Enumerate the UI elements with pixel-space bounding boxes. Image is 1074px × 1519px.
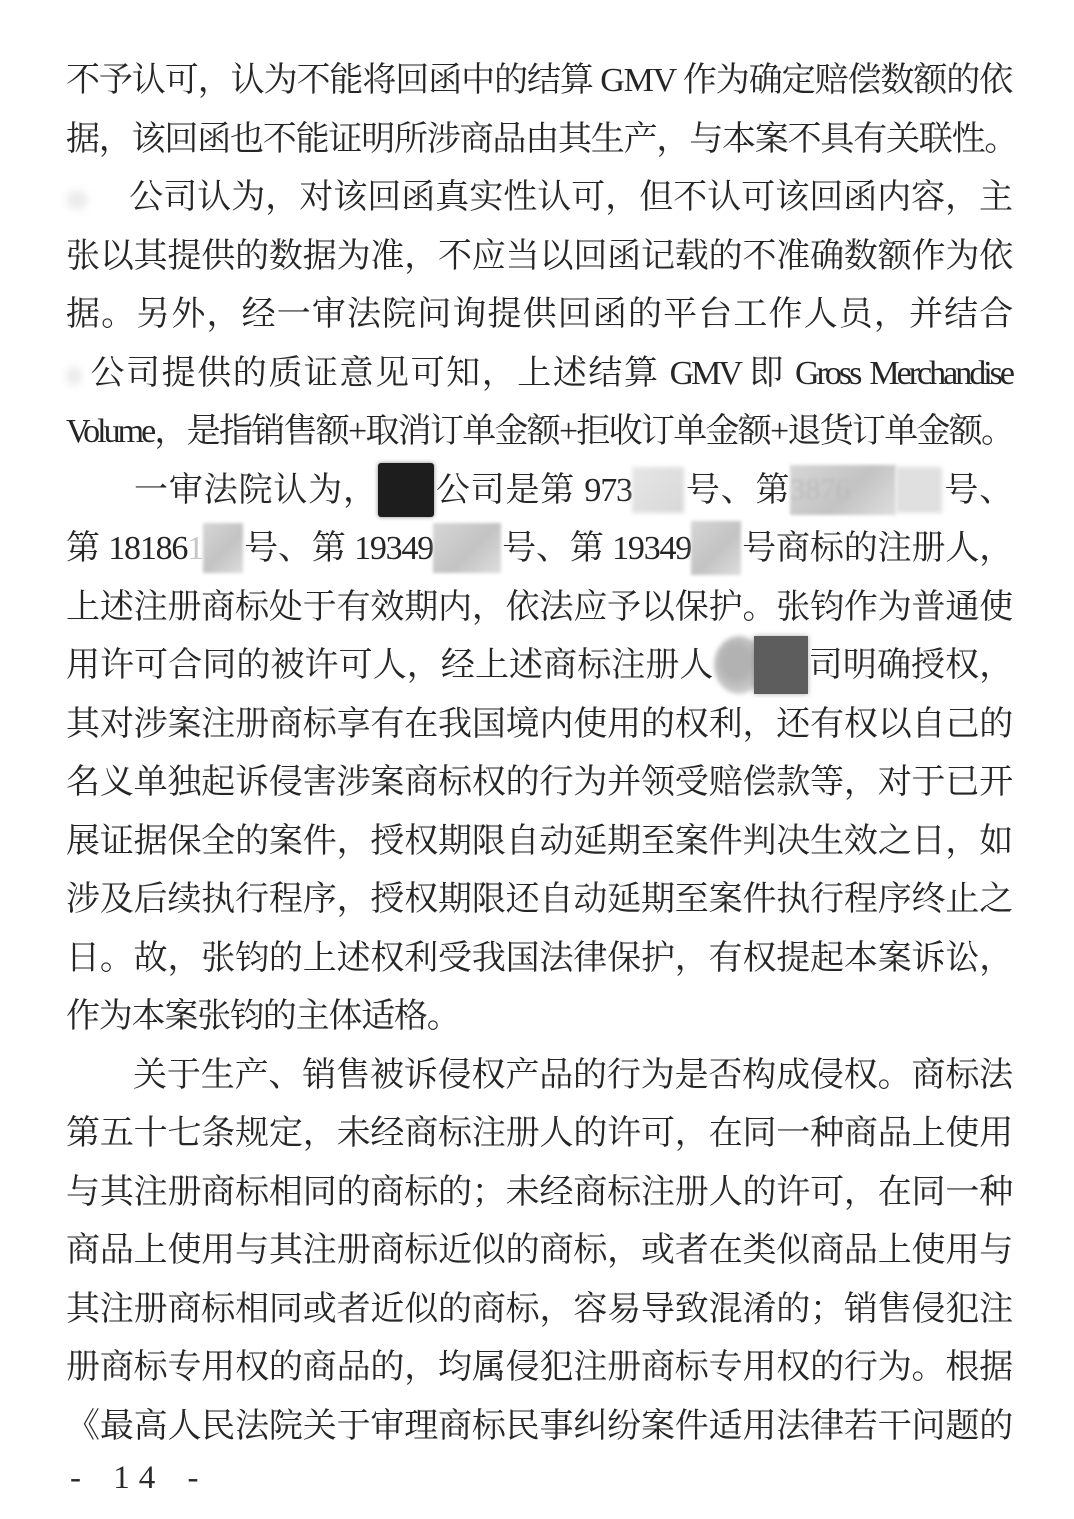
- document-line: 其注册商标相同或者近似的商标，容易导致混淆的；销售侵犯注: [66, 1281, 1012, 1340]
- document-line: 据。另外，经一审法院问询提供回函的平台工作人员，并结合: [66, 286, 1012, 345]
- text-run: 《最高人民法院关于审理商标民事纠纷案件适用法律若干问题的: [66, 1408, 1012, 1445]
- text-run: 册商标专用权的商品的，均属侵犯注册商标专用权的行为。根据: [66, 1349, 1012, 1386]
- indent-space: [88, 198, 128, 208]
- text-run: 号、: [942, 472, 1012, 509]
- redaction-light-box: [433, 523, 501, 573]
- document-line: 展证据保全的案件，授权期限自动延期至案件判决生效之日，如: [66, 813, 1012, 872]
- text-run: 其注册商标相同或者近似的商标，容易导致混淆的；销售侵犯注: [66, 1291, 1012, 1328]
- scanned-court-document-page: 不予认可，认为不能将回函中的结算 GMV 作为确定赔偿数额的依据，该回函也不能证…: [0, 0, 1074, 1519]
- document-line: Volume，是指销售额+取消订单金额+拒收订单金额+退货订单金额。: [66, 403, 1012, 462]
- text-run: 关于生产、销售被诉侵权产品的行为是否构成侵权。商标法: [132, 1057, 1012, 1094]
- document-line: 涉及后续执行程序，授权期限还自动延期至案件执行程序终止之: [66, 871, 1012, 930]
- document-line: 一审法院认为，公司是第 973号、第3876号、: [66, 462, 1012, 521]
- text-run: 第五十七条规定，未经商标注册人的许可，在同一种商品上使用: [66, 1115, 1012, 1152]
- document-line: 关于生产、销售被诉侵权产品的行为是否构成侵权。商标法: [66, 1047, 1012, 1106]
- text-run: 商品上使用与其注册商标近似的商标，或者在类似商品上使用与: [66, 1232, 1012, 1269]
- text-run: 用许可合同的被许可人，经上述商标注册人: [66, 647, 714, 684]
- text-run: Volume，是指销售额+取消订单金额+拒收订单金额+退货订单金额。: [66, 413, 1012, 450]
- text-run: 据。另外，经一审法院问询提供回函的平台工作人员，并结合: [66, 296, 1012, 333]
- document-line: 张以其提供的数据为准，不应当以回函记载的不准确数额作为依: [66, 228, 1012, 287]
- text-run: 号、第 19349: [243, 530, 433, 567]
- text-run: 涉及后续执行程序，授权期限还自动延期至案件执行程序终止之: [66, 881, 1012, 918]
- text-run: 一审法院认为，: [132, 472, 378, 509]
- document-line: 公司认为，对该回函真实性认可，但不认可该回函内容，主: [66, 169, 1012, 228]
- redaction-light-box: 3876: [790, 465, 896, 515]
- document-line: 公司提供的质证意见可知，上述结算 GMV 即 Gross Merchandise: [66, 345, 1012, 404]
- text-run: 名义单独起诉侵害涉案商标权的行为并领受赔偿款等，对于已开: [66, 764, 1012, 801]
- text-run: 与其注册商标相同的商标的；未经商标注册人的许可，在同一种: [66, 1174, 1012, 1211]
- document-line: 与其注册商标相同的商标的；未经商标注册人的许可，在同一种: [66, 1164, 1012, 1223]
- text-run: 公司是第 973: [434, 472, 632, 509]
- text-run: 张以其提供的数据为准，不应当以回函记载的不准确数额作为依: [66, 238, 1012, 275]
- document-line: 《最高人民法院关于审理商标民事纠纷案件适用法律若干问题的: [66, 1398, 1012, 1457]
- text-run: 上述注册商标处于有效期内，依法应予以保护。张钧作为普通使: [66, 589, 1012, 626]
- redaction-light2-box: [896, 467, 942, 513]
- redaction-light-box: [691, 521, 741, 575]
- document-line: 册商标专用权的商品的，均属侵犯注册商标专用权的行为。根据: [66, 1339, 1012, 1398]
- redaction-light-box: [203, 523, 243, 573]
- text-run: 号、第: [684, 472, 791, 509]
- ghost-text: 1: [187, 530, 203, 567]
- text-run: 号商标的注册人，: [741, 530, 1012, 567]
- document-line: 作为本案张钧的主体适格。: [66, 988, 1012, 1047]
- document-line: 用许可合同的被许可人，经上述商标注册人司明确授权，: [66, 637, 1012, 696]
- redaction-fade-box: [632, 467, 684, 513]
- text-run: 公司提供的质证意见可知，上述结算 GMV 即 Gross Merchandise: [86, 355, 1012, 392]
- page-number: - 14 -: [70, 1460, 207, 1497]
- document-line: 上述注册商标处于有效期内，依法应予以保护。张钧作为普通使: [66, 579, 1012, 638]
- text-run: 其对涉案注册商标享有在我国境内使用的权利，还有权以自己的: [66, 706, 1012, 743]
- text-run: 日。故，张钧的上述权利受我国法律保护，有权提起本案诉讼，: [66, 940, 1012, 977]
- document-line: 日。故，张钧的上述权利受我国法律保护，有权提起本案诉讼，: [66, 930, 1012, 989]
- document-line: 其对涉案注册商标享有在我国境内使用的权利，还有权以自己的: [66, 696, 1012, 755]
- indent-space: [66, 1076, 132, 1086]
- text-run: 据，该回函也不能证明所涉商品由其生产，与本案不具有关联性。: [66, 121, 1017, 158]
- text-run: 作为本案张钧的主体适格。: [66, 998, 460, 1035]
- erased-smudge: [66, 190, 88, 210]
- document-line: 第 181861号、第 19349号、第 19349号商标的注册人，: [66, 520, 1012, 579]
- document-line: 商品上使用与其注册商标近似的商标，或者在类似商品上使用与: [66, 1222, 1012, 1281]
- document-lines: 不予认可，认为不能将回函中的结算 GMV 作为确定赔偿数额的依据，该回函也不能证…: [66, 52, 1012, 1456]
- text-run: 公司认为，对该回函真实性认可，但不认可该回函内容，主: [128, 179, 1012, 216]
- erased-smudge: [66, 366, 82, 386]
- document-line: 名义单独起诉侵害涉案商标权的行为并领受赔偿款等，对于已开: [66, 754, 1012, 813]
- text-run: 第 18186: [66, 530, 187, 567]
- document-line: 不予认可，认为不能将回函中的结算 GMV 作为确定赔偿数额的依: [66, 52, 1012, 111]
- text-run: 不予认可，认为不能将回函中的结算 GMV 作为确定赔偿数额的依: [66, 62, 1012, 99]
- redaction-dark-box: [754, 636, 808, 694]
- document-line: 据，该回函也不能证明所涉商品由其生产，与本案不具有关联性。: [66, 111, 1012, 170]
- document-line: 第五十七条规定，未经商标注册人的许可，在同一种商品上使用: [66, 1105, 1012, 1164]
- text-run: 号、第 19349: [501, 530, 691, 567]
- indent-space: [66, 491, 132, 501]
- text-run: 司明确授权，: [808, 647, 1012, 684]
- text-run: 展证据保全的案件，授权期限自动延期至案件判决生效之日，如: [66, 823, 1012, 860]
- redaction-black-box: [378, 463, 434, 517]
